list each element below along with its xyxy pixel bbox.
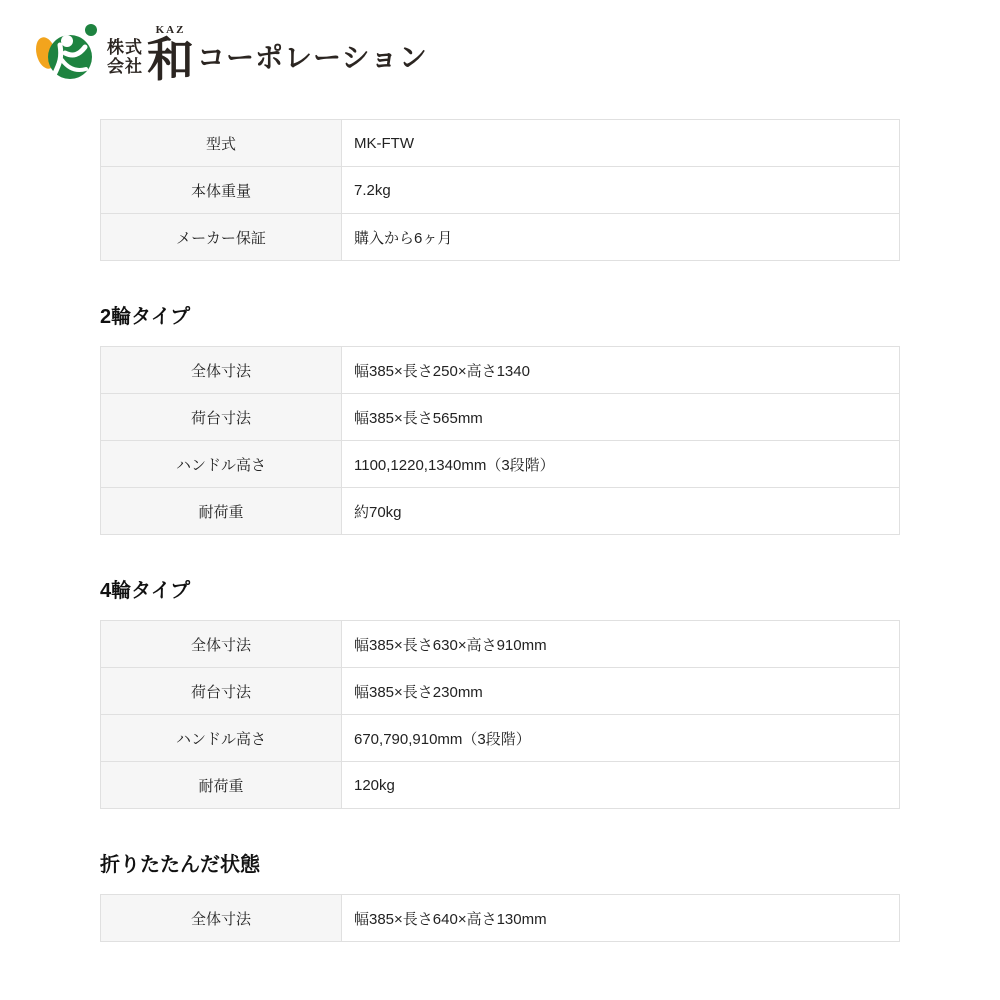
- company-type-top: 株式: [107, 38, 143, 57]
- spec-content: 型式 MK-FTW 本体重量 7.2kg メーカー保証 購入から6ヶ月 2輪タイ…: [100, 119, 900, 942]
- spec-section: 4輪タイプ 全体寸法 幅385×長さ630×高さ910mm 荷台寸法 幅385×…: [100, 577, 900, 809]
- table-row: ハンドル高さ 1100,1220,1340mm（3段階）: [101, 441, 900, 488]
- spec-table: 全体寸法 幅385×長さ630×高さ910mm 荷台寸法 幅385×長さ230m…: [100, 620, 900, 809]
- spec-section: 型式 MK-FTW 本体重量 7.2kg メーカー保証 購入から6ヶ月: [100, 119, 900, 261]
- spec-section: 折りたたんだ状態 全体寸法 幅385×長さ640×高さ130mm: [100, 851, 900, 942]
- section-heading: 2輪タイプ: [100, 303, 900, 332]
- table-row: 全体寸法 幅385×長さ640×高さ130mm: [101, 895, 900, 942]
- row-label: 全体寸法: [101, 621, 342, 668]
- row-label: 荷台寸法: [101, 394, 342, 441]
- row-value: 幅385×長さ250×高さ1340: [342, 347, 900, 394]
- row-label: メーカー保証: [101, 214, 342, 261]
- row-label: 荷台寸法: [101, 668, 342, 715]
- company-logo-mark-icon: [34, 22, 98, 86]
- row-value: MK-FTW: [342, 120, 900, 167]
- row-label: 耐荷重: [101, 488, 342, 535]
- row-value: 7.2kg: [342, 167, 900, 214]
- table-row: 全体寸法 幅385×長さ250×高さ1340: [101, 347, 900, 394]
- company-type-bottom: 会社: [107, 57, 143, 76]
- table-row: 型式 MK-FTW: [101, 120, 900, 167]
- row-label: 全体寸法: [101, 895, 342, 942]
- table-row: 耐荷重 約70kg: [101, 488, 900, 535]
- table-row: 本体重量 7.2kg: [101, 167, 900, 214]
- row-value: 約70kg: [342, 488, 900, 535]
- table-row: 全体寸法 幅385×長さ630×高さ910mm: [101, 621, 900, 668]
- spec-section: 2輪タイプ 全体寸法 幅385×長さ250×高さ1340 荷台寸法 幅385×長…: [100, 303, 900, 535]
- row-value: 120kg: [342, 762, 900, 809]
- row-value: 幅385×長さ630×高さ910mm: [342, 621, 900, 668]
- row-label: 本体重量: [101, 167, 342, 214]
- company-logo-text: 株式 会社 KAZ 和 コーポレーション: [107, 25, 428, 83]
- row-value: 1100,1220,1340mm（3段階）: [342, 441, 900, 488]
- row-value: 幅385×長さ640×高さ130mm: [342, 895, 900, 942]
- row-label: ハンドル高さ: [101, 715, 342, 762]
- company-kanji-block: KAZ 和: [147, 25, 194, 83]
- spec-table: 型式 MK-FTW 本体重量 7.2kg メーカー保証 購入から6ヶ月: [100, 119, 900, 261]
- table-row: 耐荷重 120kg: [101, 762, 900, 809]
- spec-table: 全体寸法 幅385×長さ250×高さ1340 荷台寸法 幅385×長さ565mm…: [100, 346, 900, 535]
- row-label: 耐荷重: [101, 762, 342, 809]
- row-label: 全体寸法: [101, 347, 342, 394]
- company-logo: 株式 会社 KAZ 和 コーポレーション: [34, 22, 428, 86]
- table-row: 荷台寸法 幅385×長さ230mm: [101, 668, 900, 715]
- wa-kanji: 和: [147, 36, 194, 83]
- company-suffix-text: コーポレーション: [197, 36, 428, 76]
- row-label: 型式: [101, 120, 342, 167]
- table-row: ハンドル高さ 670,790,910mm（3段階）: [101, 715, 900, 762]
- section-heading: 4輪タイプ: [100, 577, 900, 606]
- row-value: 幅385×長さ565mm: [342, 394, 900, 441]
- table-row: 荷台寸法 幅385×長さ565mm: [101, 394, 900, 441]
- table-row: メーカー保証 購入から6ヶ月: [101, 214, 900, 261]
- row-value: 購入から6ヶ月: [342, 214, 900, 261]
- row-value: 幅385×長さ230mm: [342, 668, 900, 715]
- spec-table: 全体寸法 幅385×長さ640×高さ130mm: [100, 894, 900, 942]
- row-label: ハンドル高さ: [101, 441, 342, 488]
- row-value: 670,790,910mm（3段階）: [342, 715, 900, 762]
- section-heading: 折りたたんだ状態: [100, 851, 900, 880]
- company-type-text: 株式 会社: [107, 38, 143, 76]
